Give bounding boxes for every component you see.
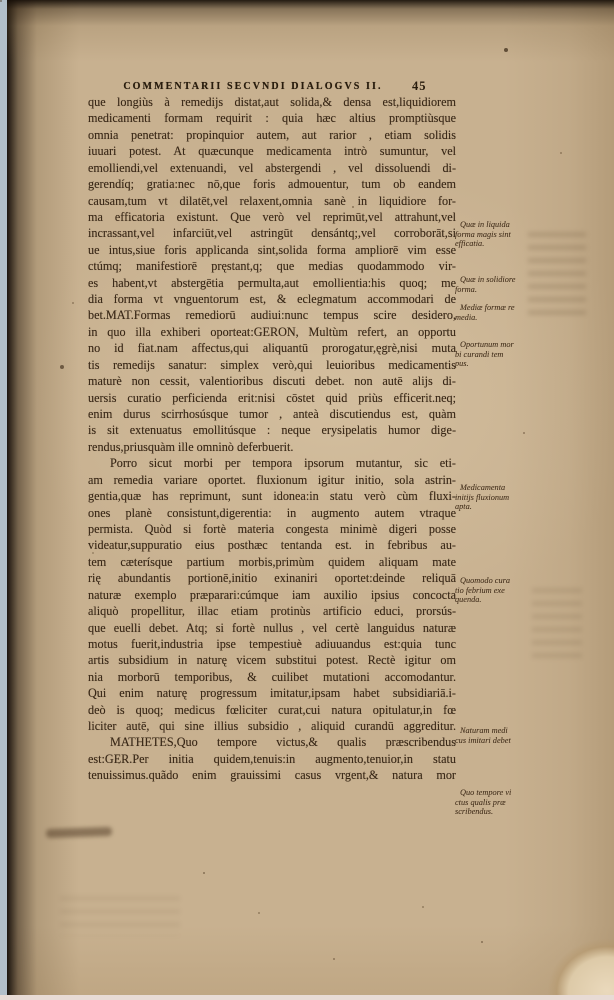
text-line: incrassant,vel infarciūt,vel astringūt d…: [88, 225, 456, 241]
text-line-content: deò is quoq; medicus fœliciter curat,cui…: [88, 702, 456, 718]
text-line: est:GER.Per initia quidem,tenuis:in augm…: [88, 751, 456, 767]
text-line-content: emolliendi,vel extenuandi, vel abstergen…: [88, 160, 456, 176]
margin-note: Quomodo cura tio febrium exe quenda.: [455, 576, 543, 605]
text-line-content: bet.MAT.Formas remediorū audiui:nunc tem…: [88, 307, 456, 323]
text-line: causam,tum vt dilatēt,vel relaxent,omnia…: [88, 193, 456, 209]
page-curl: [528, 899, 614, 995]
text-line: videatur,suppuratio eius posthæc tentand…: [88, 537, 456, 553]
text-line-content: Qui enim naturę progressum imitatur,ipsa…: [88, 685, 456, 701]
margin-note-line: bi curandi tem: [455, 350, 543, 360]
margin-note: Naturam medi cus imitari debet: [455, 726, 543, 745]
text-line-content: ue intus,siue foris applicanda sint,soli…: [88, 242, 456, 258]
text-line: ctúmq; manifestiorē pręstant,q; que medi…: [88, 258, 456, 274]
text-line: tem cæterísque partium morbis,primùm qui…: [88, 554, 456, 570]
text-line: is sit extenuatus emollitúsque : neque e…: [88, 422, 456, 438]
text-line-content: ctúmq; manifestiorē pręstant,q; que medi…: [88, 258, 456, 274]
margin-note-line: forma.: [455, 285, 543, 295]
text-line: 10ue intus,siue foris applicanda sint,so…: [88, 242, 456, 258]
text-line: gerendíq; gratia:nec nō,que foris admoue…: [88, 176, 456, 192]
margin-note-line: Mediæ formæ re: [455, 303, 543, 313]
text-line: tis remedijs sanatur: simplex verò,qui l…: [88, 357, 456, 373]
text-line-content: permista. Quòd si fortè materia congesta…: [88, 521, 456, 537]
margin-note-line: Quo tempore vi: [455, 788, 543, 798]
margin-note-line: efficatia.: [455, 239, 543, 249]
text-line-content: uersis curatio perficienda erit:nisi cōs…: [88, 390, 456, 406]
text-line-content: no id fiat.nam affectus,qui aliquantū pr…: [88, 340, 456, 356]
text-line-content: medicamenti formam requirit : quia hæc a…: [88, 110, 456, 126]
margin-note-line: apta.: [455, 502, 543, 512]
running-header: COMMENTARII SECVNDI DIALOGVS II.: [88, 81, 418, 92]
text-line-content: rendus,priusquàm ille omninò deferbuerit…: [88, 439, 456, 455]
margin-note-line: Quæ in solidiore: [455, 275, 543, 285]
text-line-content: omnia penetrat: propinquior autem, aut r…: [88, 127, 456, 143]
margin-note-line: forma magis sint: [455, 230, 543, 240]
text-line-content: maturè non cessit, valentioribus discuti…: [88, 373, 456, 389]
paper-specks: [0, 0, 2, 2]
margin-note-line: quenda.: [455, 595, 543, 605]
text-line: iuuari potest. At quæcunque medicamenta …: [88, 143, 456, 159]
scan-edge-strip: [0, 995, 614, 1000]
margin-note-line: Medicamenta: [455, 483, 543, 493]
text-line-content: que euelli debet. Atq; si fortè nullus ,…: [88, 620, 456, 636]
page-number: 45: [412, 79, 427, 94]
margin-note-line: Naturam medi: [455, 726, 543, 736]
text-line: permista. Quòd si fortè materia congesta…: [88, 521, 456, 537]
text-line-content: is sit extenuatus emollitúsque : neque e…: [88, 422, 456, 438]
text-line: 20enim durus scirrhosúsque tumor , anteà…: [88, 406, 456, 422]
margin-note: Oportunum mor bi curandi tem pus.: [455, 340, 543, 369]
text-line: Qui enim naturę progressum imitatur,ipsa…: [88, 685, 456, 701]
text-line: rendus,priusquàm ille omninò deferbuerit…: [88, 439, 456, 455]
text-line-content: nia morborū temporibus, & cuilibet mutat…: [88, 669, 456, 685]
text-line-content: Porro sicut morbi per tempora ipsorum mu…: [88, 455, 456, 471]
text-line-content: am remedia variare oportet. fluxionum ig…: [88, 472, 456, 488]
margin-note-line: tio febrium exe: [455, 586, 543, 596]
text-line-content: aliquò propellitur, illac etiam protinùs…: [88, 603, 456, 619]
body-text-block: que longiùs à remedijs distat,aut solida…: [88, 94, 456, 784]
text-line: que longiùs à remedijs distat,aut solida…: [88, 94, 456, 110]
text-line-content: in quo illa exhiberi oporteat:GERON, Mul…: [88, 324, 456, 340]
text-line: no id fiat.nam affectus,qui aliquantū pr…: [88, 340, 456, 356]
text-line: omnia penetrat: propinquior autem, aut r…: [88, 127, 456, 143]
text-line-content: est:GER.Per initia quidem,tenuis:in augm…: [88, 751, 456, 767]
text-line-content: tem cæterísque partium morbis,primùm qui…: [88, 554, 456, 570]
text-line-content: tenuissimus.quãdo enim grauissimi casus …: [88, 767, 456, 783]
margin-note-line: pus.: [455, 359, 543, 369]
text-line: Porro sicut morbi per tempora ipsorum mu…: [88, 455, 456, 471]
text-line-content: iuuari potest. At quæcunque medicamenta …: [88, 143, 456, 159]
text-line: tenuissimus.quãdo enim grauissimi casus …: [88, 767, 456, 783]
text-line: am remedia variare oportet. fluxionum ig…: [88, 472, 456, 488]
text-line: deò is quoq; medicus fœliciter curat,cui…: [88, 702, 456, 718]
text-line: nia morborū temporibus, & cuilibet mutat…: [88, 669, 456, 685]
text-line-content: que longiùs à remedijs distat,aut solida…: [88, 94, 456, 110]
text-line-content: causam,tum vt dilatēt,vel relaxent,omnia…: [88, 193, 456, 209]
text-line: medicamenti formam requirit : quia hæc a…: [88, 110, 456, 126]
margin-note-line: Quæ in liquida: [455, 220, 543, 230]
text-line-content: videatur,suppuratio eius posthæc tentand…: [88, 537, 456, 553]
text-line-content: enim durus scirrhosúsque tumor , anteà d…: [88, 406, 456, 422]
margin-note-line: Quomodo cura: [455, 576, 543, 586]
text-line: 30rię abundantis portionē,initio exinani…: [88, 570, 456, 586]
text-line-content: motus fuerit,industria ipse tempestiuè a…: [88, 636, 456, 652]
text-line: maturè non cessit, valentioribus discuti…: [88, 373, 456, 389]
text-line: es habent,vt abstergētia permulta,aut em…: [88, 275, 456, 291]
text-line-content: liciter autē, qui sine illius subsidio ,…: [88, 718, 456, 734]
text-line-content: gerendíq; gratia:nec nō,que foris admoue…: [88, 176, 456, 192]
text-line: bet.MAT.Formas remediorū audiui:nunc tem…: [88, 307, 456, 323]
margin-note: Quæ in solidiore forma.: [455, 275, 543, 294]
scanned-book-page: COMMENTARII SECVNDI DIALOGVS II. 45 que …: [0, 0, 614, 1000]
text-line-content: naturæ exemplo præparari:cúmque iam auxi…: [88, 587, 456, 603]
margin-note-line: media.: [455, 313, 543, 323]
text-line: 5emolliendi,vel extenuandi, vel absterge…: [88, 160, 456, 176]
margin-note-line: Oportunum mor: [455, 340, 543, 350]
text-line: 35artis subsidium in naturę vicem substi…: [88, 652, 456, 668]
text-line: 25gentia,quæ has reprimunt, sunt idonea:…: [88, 488, 456, 504]
text-line-content: artis subsidium in naturę vicem substitu…: [88, 652, 456, 668]
text-line: dia forma vt vnguentorum est, & eclegmat…: [88, 291, 456, 307]
text-line: uersis curatio perficienda erit:nisi cōs…: [88, 390, 456, 406]
text-line-content: MATHETES,Quo tempore victus,& qualis præ…: [88, 734, 456, 750]
text-line: naturæ exemplo præparari:cúmque iam auxi…: [88, 587, 456, 603]
margin-note-line: scribendus.: [455, 807, 543, 817]
margin-note: Quæ in liquida forma magis sint efficati…: [455, 220, 543, 249]
text-line-content: ma efficatoria existunt. Que verò vel re…: [88, 209, 456, 225]
text-line: ones planè consistunt,digerentia: in aug…: [88, 505, 456, 521]
text-line: que euelli debet. Atq; si fortè nullus ,…: [88, 620, 456, 636]
text-line-content: es habent,vt abstergētia permulta,aut em…: [88, 275, 456, 291]
text-line: ma efficatoria existunt. Que verò vel re…: [88, 209, 456, 225]
text-line: aliquò propellitur, illac etiam protinùs…: [88, 603, 456, 619]
ink-bleedthrough: [60, 896, 180, 936]
text-line-content: gentia,quæ has reprimunt, sunt idonea:in…: [88, 488, 456, 504]
text-line: 40MATHETES,Quo tempore victus,& qualis p…: [88, 734, 456, 750]
text-line: 15in quo illa exhiberi oporteat:GERON, M…: [88, 324, 456, 340]
margin-note: Medicamenta initijs fluxionum apta.: [455, 483, 543, 512]
text-line-content: rię abundantis portionē,initio exinaniri…: [88, 570, 456, 586]
margin-note: Quo tempore vi ctus qualis præ scribendu…: [455, 788, 543, 817]
text-line-content: dia forma vt vnguentorum est, & eclegmat…: [88, 291, 456, 307]
text-line: motus fuerit,industria ipse tempestiuè a…: [88, 636, 456, 652]
margin-note-line: cus imitari debet: [455, 736, 543, 746]
text-line-content: incrassant,vel infarciūt,vel astringūt d…: [88, 225, 456, 241]
text-line-content: ones planè consistunt,digerentia: in aug…: [88, 505, 456, 521]
margin-note: Mediæ formæ re media.: [455, 303, 543, 322]
margin-note-line: ctus qualis præ: [455, 798, 543, 808]
text-line-content: tis remedijs sanatur: simplex verò,qui l…: [88, 357, 456, 373]
margin-note-line: initijs fluxionum: [455, 493, 543, 503]
text-line: liciter autē, qui sine illius subsidio ,…: [88, 718, 456, 734]
